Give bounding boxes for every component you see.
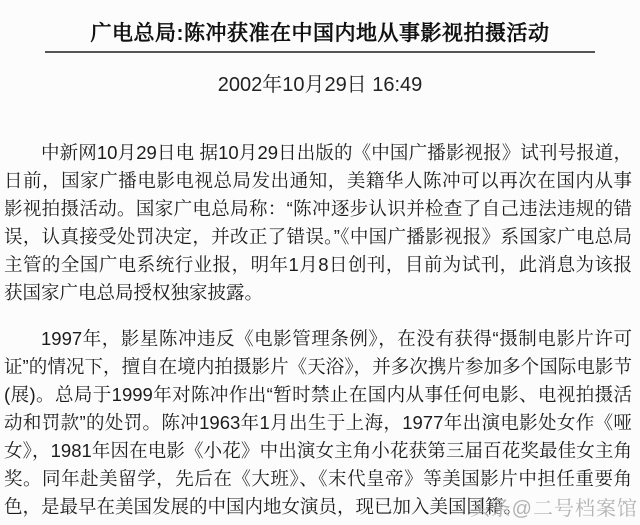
article-date: 2002年10月29日 16:49 xyxy=(0,71,640,99)
article-body: 中新网10月29日电 据10月29日出版的《中国广播影视报》试刊号报道，日前，国… xyxy=(0,139,640,521)
article-title: 广电总局:陈冲获准在中国内地从事影视拍摄活动 xyxy=(0,0,640,48)
title-divider xyxy=(45,51,595,53)
article-page: 广电总局:陈冲获准在中国内地从事影视拍摄活动 2002年10月29日 16:49… xyxy=(0,0,640,525)
article-paragraph-1: 中新网10月29日电 据10月29日出版的《中国广播影视报》试刊号报道，日前，国… xyxy=(4,139,632,307)
article-paragraph-2: 1997年，影星陈冲违反《电影管理条例》，在没有获得“摄制电影片许可证”的情况下… xyxy=(4,325,632,521)
